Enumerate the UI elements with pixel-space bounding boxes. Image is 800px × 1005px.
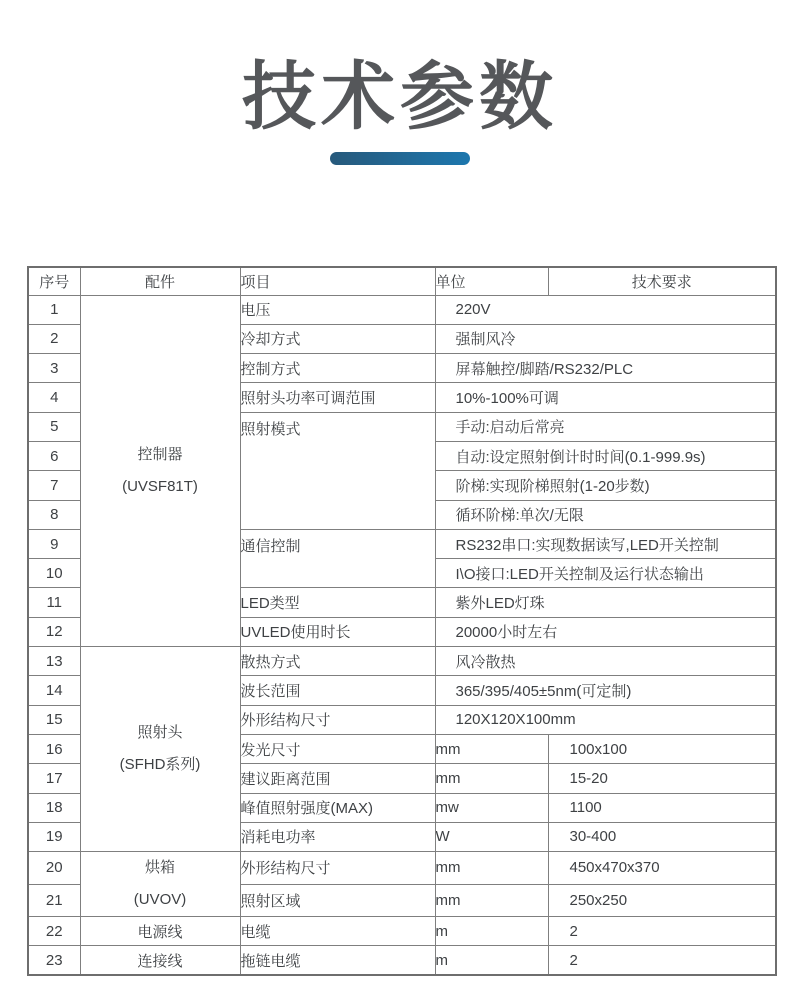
- cell-item: 通信控制: [240, 529, 435, 588]
- cell-line: (SFHD系列): [81, 749, 240, 781]
- page: 技术参数 序号配件项目单位技术要求 1控制器(UVSF81T)电压220V2冷却…: [0, 0, 800, 1005]
- cell-item: 照射头功率可调范围: [240, 383, 435, 412]
- header-row: 序号配件项目单位技术要求: [28, 267, 776, 295]
- cell-value: 20000小时左右: [435, 617, 776, 646]
- cell-unit: mm: [435, 734, 548, 763]
- column-header-part: 配件: [80, 267, 240, 295]
- cell-item: 电缆: [240, 917, 435, 946]
- cell-req: 30-400: [548, 822, 776, 851]
- cell-item: 照射模式: [240, 412, 435, 529]
- cell-item: 建议距离范围: [240, 764, 435, 793]
- cell-value: 风冷散热: [435, 647, 776, 676]
- cell-req: 250x250: [548, 884, 776, 917]
- cell-index: 10: [28, 559, 80, 588]
- column-header-req: 技术要求: [548, 267, 776, 295]
- cell-index: 17: [28, 764, 80, 793]
- spec-table-body: 1控制器(UVSF81T)电压220V2冷却方式强制风冷3控制方式屏幕触控/脚踏…: [28, 295, 776, 975]
- cell-unit: mm: [435, 884, 548, 917]
- cell-value: 循环阶梯:单次/无限: [435, 500, 776, 529]
- cell-part: 电源线: [80, 917, 240, 946]
- cell-index: 7: [28, 471, 80, 500]
- cell-item: 冷却方式: [240, 324, 435, 353]
- cell-item: LED类型: [240, 588, 435, 617]
- table-row: 13照射头(SFHD系列)散热方式风冷散热: [28, 647, 776, 676]
- cell-index: 15: [28, 705, 80, 734]
- cell-index: 1: [28, 295, 80, 324]
- cell-value: 强制风冷: [435, 324, 776, 353]
- cell-req: 450x470x370: [548, 852, 776, 885]
- cell-value: 120X120X100mm: [435, 705, 776, 734]
- spec-table: 序号配件项目单位技术要求 1控制器(UVSF81T)电压220V2冷却方式强制风…: [27, 266, 777, 976]
- cell-line: 烘箱: [81, 852, 240, 884]
- cell-line: 照射头: [81, 717, 240, 749]
- cell-value: 手动:启动后常亮: [435, 412, 776, 441]
- cell-index: 12: [28, 617, 80, 646]
- cell-index: 5: [28, 412, 80, 441]
- cell-index: 11: [28, 588, 80, 617]
- cell-req: 2: [548, 946, 776, 975]
- cell-value: 阶梯:实现阶梯照射(1-20步数): [435, 471, 776, 500]
- cell-item: 波长范围: [240, 676, 435, 705]
- cell-index: 13: [28, 647, 80, 676]
- cell-index: 3: [28, 354, 80, 383]
- cell-item: 电压: [240, 295, 435, 324]
- cell-part: 控制器(UVSF81T): [80, 295, 240, 647]
- table-row: 20烘箱(UVOV)外形结构尺寸mm450x470x370: [28, 852, 776, 885]
- cell-index: 23: [28, 946, 80, 975]
- cell-index: 19: [28, 822, 80, 851]
- cell-index: 16: [28, 734, 80, 763]
- cell-index: 8: [28, 500, 80, 529]
- cell-part: 烘箱(UVOV): [80, 852, 240, 917]
- cell-unit: W: [435, 822, 548, 851]
- cell-value: RS232串口:实现数据读写,LED开关控制: [435, 529, 776, 558]
- cell-index: 20: [28, 852, 80, 885]
- cell-index: 9: [28, 529, 80, 558]
- cell-value: 紫外LED灯珠: [435, 588, 776, 617]
- cell-index: 14: [28, 676, 80, 705]
- cell-req: 15-20: [548, 764, 776, 793]
- cell-unit: m: [435, 917, 548, 946]
- column-header-index: 序号: [28, 267, 80, 295]
- cell-line: (UVOV): [81, 884, 240, 916]
- table-row: 22电源线电缆m2: [28, 917, 776, 946]
- cell-index: 4: [28, 383, 80, 412]
- cell-value: 10%-100%可调: [435, 383, 776, 412]
- cell-line: (UVSF81T): [81, 471, 240, 503]
- page-title: 技术参数: [0, 56, 800, 139]
- cell-value: 365/395/405±5nm(可定制): [435, 676, 776, 705]
- cell-index: 6: [28, 441, 80, 470]
- cell-line: 控制器: [81, 439, 240, 471]
- cell-item: 散热方式: [240, 647, 435, 676]
- cell-value: 220V: [435, 295, 776, 324]
- page-header: 技术参数: [0, 56, 800, 165]
- cell-part: 连接线: [80, 946, 240, 975]
- cell-unit: mm: [435, 852, 548, 885]
- cell-item: 峰值照射强度(MAX): [240, 793, 435, 822]
- spec-table-header: 序号配件项目单位技术要求: [28, 267, 776, 295]
- cell-item: UVLED使用时长: [240, 617, 435, 646]
- cell-unit: mm: [435, 764, 548, 793]
- cell-req: 1100: [548, 793, 776, 822]
- cell-value: I\O接口:LED开关控制及运行状态输出: [435, 559, 776, 588]
- cell-item: 外形结构尺寸: [240, 705, 435, 734]
- cell-index: 2: [28, 324, 80, 353]
- column-header-unit: 单位: [435, 267, 548, 295]
- cell-item: 控制方式: [240, 354, 435, 383]
- table-row: 1控制器(UVSF81T)电压220V: [28, 295, 776, 324]
- cell-req: 2: [548, 917, 776, 946]
- cell-item: 拖链电缆: [240, 946, 435, 975]
- cell-value: 屏幕触控/脚踏/RS232/PLC: [435, 354, 776, 383]
- cell-part: 照射头(SFHD系列): [80, 647, 240, 852]
- cell-index: 22: [28, 917, 80, 946]
- cell-item: 外形结构尺寸: [240, 852, 435, 885]
- cell-index: 18: [28, 793, 80, 822]
- cell-item: 消耗电功率: [240, 822, 435, 851]
- cell-req: 100x100: [548, 734, 776, 763]
- cell-item: 照射区域: [240, 884, 435, 917]
- title-underline-bar: [330, 152, 470, 165]
- table-row: 23连接线拖链电缆m2: [28, 946, 776, 975]
- cell-item: 发光尺寸: [240, 734, 435, 763]
- cell-unit: mw: [435, 793, 548, 822]
- cell-unit: m: [435, 946, 548, 975]
- column-header-item: 项目: [240, 267, 435, 295]
- cell-value: 自动:设定照射倒计时时间(0.1-999.9s): [435, 441, 776, 470]
- cell-index: 21: [28, 884, 80, 917]
